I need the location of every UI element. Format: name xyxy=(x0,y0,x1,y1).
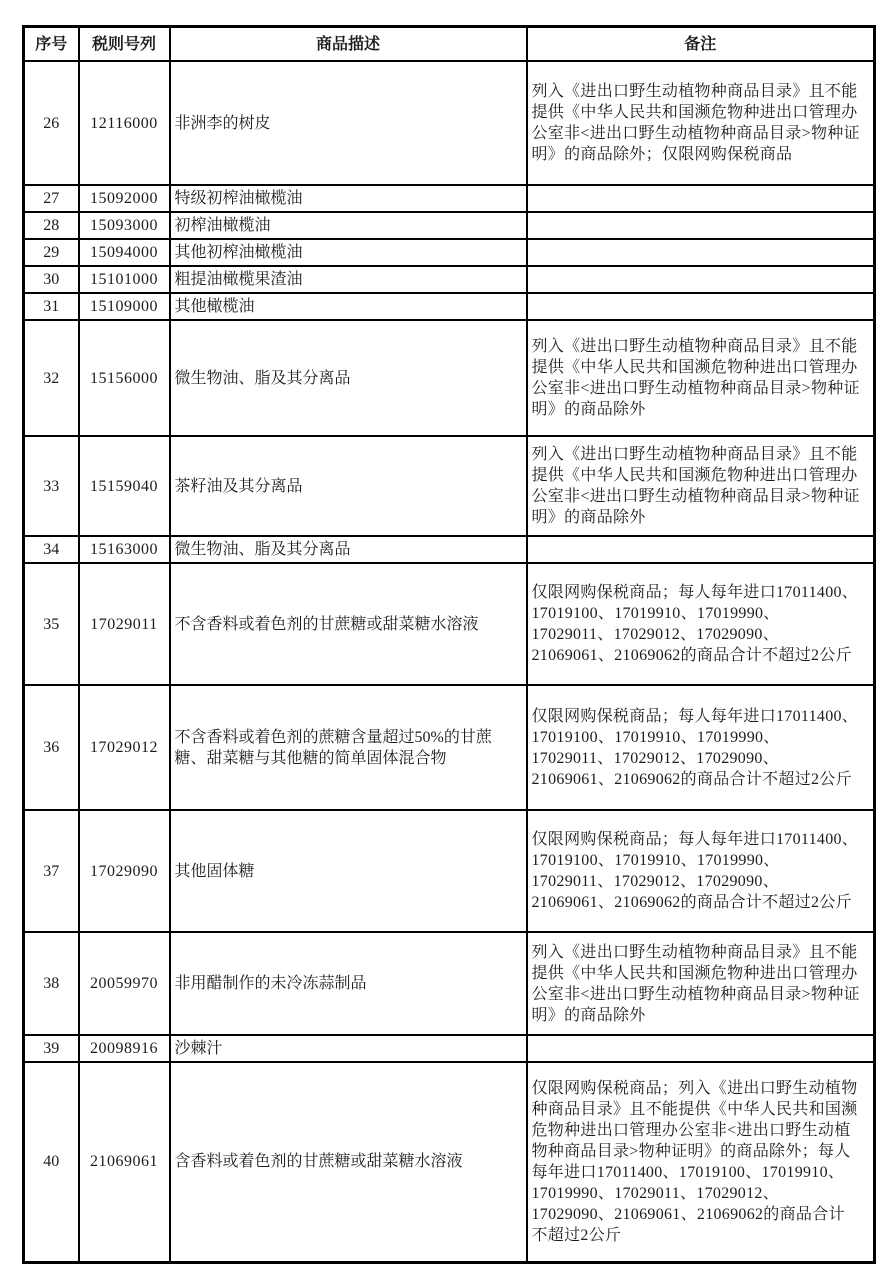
column-header-desc: 商品描述 xyxy=(170,27,527,62)
remark-cell: 列入《进出口野生动植物种商品目录》且不能提供《中华人民共和国濒危物种进出口管理办… xyxy=(527,932,875,1035)
table-row: 4021069061含香料或着色剂的甘蔗糖或甜菜糖水溶液仅限网购保税商品；列入《… xyxy=(24,1062,875,1262)
desc-cell: 其他固体糖 xyxy=(170,810,527,932)
seq-cell: 37 xyxy=(24,810,79,932)
remark-cell: 列入《进出口野生动植物种商品目录》且不能提供《中华人民共和国濒危物种进出口管理办… xyxy=(527,61,875,185)
desc-cell: 非用醋制作的未冷冻蒜制品 xyxy=(170,932,527,1035)
table-row: 2612116000非洲李的树皮列入《进出口野生动植物种商品目录》且不能提供《中… xyxy=(24,61,875,185)
column-header-seq: 序号 xyxy=(24,27,79,62)
remark-cell xyxy=(527,266,875,293)
code-cell: 12116000 xyxy=(79,61,170,185)
seq-cell: 31 xyxy=(24,293,79,320)
code-cell: 17029090 xyxy=(79,810,170,932)
table-row: 3315159040茶籽油及其分离品列入《进出口野生动植物种商品目录》且不能提供… xyxy=(24,436,875,536)
remark-cell xyxy=(527,185,875,212)
table-row: 3717029090其他固体糖仅限网购保税商品；每人每年进口17011400、1… xyxy=(24,810,875,932)
code-cell: 15163000 xyxy=(79,536,170,563)
remark-cell: 列入《进出口野生动植物种商品目录》且不能提供《中华人民共和国濒危物种进出口管理办… xyxy=(527,436,875,536)
seq-cell: 27 xyxy=(24,185,79,212)
seq-cell: 36 xyxy=(24,685,79,810)
code-cell: 15093000 xyxy=(79,212,170,239)
remark-cell xyxy=(527,1035,875,1062)
desc-cell: 特级初榨油橄榄油 xyxy=(170,185,527,212)
code-cell: 17029011 xyxy=(79,563,170,685)
desc-cell: 微生物油、脂及其分离品 xyxy=(170,320,527,436)
table-row: 3415163000微生物油、脂及其分离品 xyxy=(24,536,875,563)
code-cell: 15159040 xyxy=(79,436,170,536)
header-row: 序号 税则号列 商品描述 备注 xyxy=(24,27,875,62)
table-row: 3115109000其他橄榄油 xyxy=(24,293,875,320)
table-row: 3617029012不含香料或着色剂的蔗糖含量超过50%的甘蔗糖、甜菜糖与其他糖… xyxy=(24,685,875,810)
column-header-code: 税则号列 xyxy=(79,27,170,62)
code-cell: 15109000 xyxy=(79,293,170,320)
table-row: 2815093000初榨油橄榄油 xyxy=(24,212,875,239)
remark-cell xyxy=(527,536,875,563)
remark-cell: 仅限网购保税商品；列入《进出口野生动植物种商品目录》且不能提供《中华人民共和国濒… xyxy=(527,1062,875,1262)
table-row: 3215156000微生物油、脂及其分离品列入《进出口野生动植物种商品目录》且不… xyxy=(24,320,875,436)
desc-cell: 茶籽油及其分离品 xyxy=(170,436,527,536)
desc-cell: 含香料或着色剂的甘蔗糖或甜菜糖水溶液 xyxy=(170,1062,527,1262)
code-cell: 15092000 xyxy=(79,185,170,212)
table-row: 3820059970非用醋制作的未冷冻蒜制品列入《进出口野生动植物种商品目录》且… xyxy=(24,932,875,1035)
code-cell: 15094000 xyxy=(79,239,170,266)
table-row: 2915094000其他初榨油橄榄油 xyxy=(24,239,875,266)
desc-cell: 其他初榨油橄榄油 xyxy=(170,239,527,266)
seq-cell: 26 xyxy=(24,61,79,185)
desc-cell: 初榨油橄榄油 xyxy=(170,212,527,239)
remark-cell xyxy=(527,293,875,320)
table-body: 2612116000非洲李的树皮列入《进出口野生动植物种商品目录》且不能提供《中… xyxy=(24,61,875,1262)
desc-cell: 微生物油、脂及其分离品 xyxy=(170,536,527,563)
desc-cell: 其他橄榄油 xyxy=(170,293,527,320)
remark-cell: 仅限网购保税商品；每人每年进口17011400、17019100、1701991… xyxy=(527,810,875,932)
remark-cell: 列入《进出口野生动植物种商品目录》且不能提供《中华人民共和国濒危物种进出口管理办… xyxy=(527,320,875,436)
desc-cell: 不含香料或着色剂的甘蔗糖或甜菜糖水溶液 xyxy=(170,563,527,685)
remark-cell: 仅限网购保税商品；每人每年进口17011400、17019100、1701991… xyxy=(527,685,875,810)
seq-cell: 39 xyxy=(24,1035,79,1062)
desc-cell: 非洲李的树皮 xyxy=(170,61,527,185)
code-cell: 20098916 xyxy=(79,1035,170,1062)
seq-cell: 35 xyxy=(24,563,79,685)
seq-cell: 28 xyxy=(24,212,79,239)
seq-cell: 32 xyxy=(24,320,79,436)
remark-cell xyxy=(527,212,875,239)
code-cell: 21069061 xyxy=(79,1062,170,1262)
seq-cell: 29 xyxy=(24,239,79,266)
remark-cell: 仅限网购保税商品；每人每年进口17011400、17019100、1701991… xyxy=(527,563,875,685)
desc-cell: 粗提油橄榄果渣油 xyxy=(170,266,527,293)
table-row: 3015101000粗提油橄榄果渣油 xyxy=(24,266,875,293)
seq-cell: 38 xyxy=(24,932,79,1035)
remark-cell xyxy=(527,239,875,266)
seq-cell: 30 xyxy=(24,266,79,293)
code-cell: 20059970 xyxy=(79,932,170,1035)
desc-cell: 沙棘汁 xyxy=(170,1035,527,1062)
table-row: 3920098916沙棘汁 xyxy=(24,1035,875,1062)
code-cell: 17029012 xyxy=(79,685,170,810)
code-cell: 15101000 xyxy=(79,266,170,293)
seq-cell: 33 xyxy=(24,436,79,536)
table-row: 2715092000特级初榨油橄榄油 xyxy=(24,185,875,212)
desc-cell: 不含香料或着色剂的蔗糖含量超过50%的甘蔗糖、甜菜糖与其他糖的简单固体混合物 xyxy=(170,685,527,810)
tariff-table: 序号 税则号列 商品描述 备注 2612116000非洲李的树皮列入《进出口野生… xyxy=(22,25,876,1264)
seq-cell: 34 xyxy=(24,536,79,563)
seq-cell: 40 xyxy=(24,1062,79,1262)
code-cell: 15156000 xyxy=(79,320,170,436)
document-page: 序号 税则号列 商品描述 备注 2612116000非洲李的树皮列入《进出口野生… xyxy=(0,0,895,1262)
column-header-remark: 备注 xyxy=(527,27,875,62)
table-row: 3517029011不含香料或着色剂的甘蔗糖或甜菜糖水溶液仅限网购保税商品；每人… xyxy=(24,563,875,685)
